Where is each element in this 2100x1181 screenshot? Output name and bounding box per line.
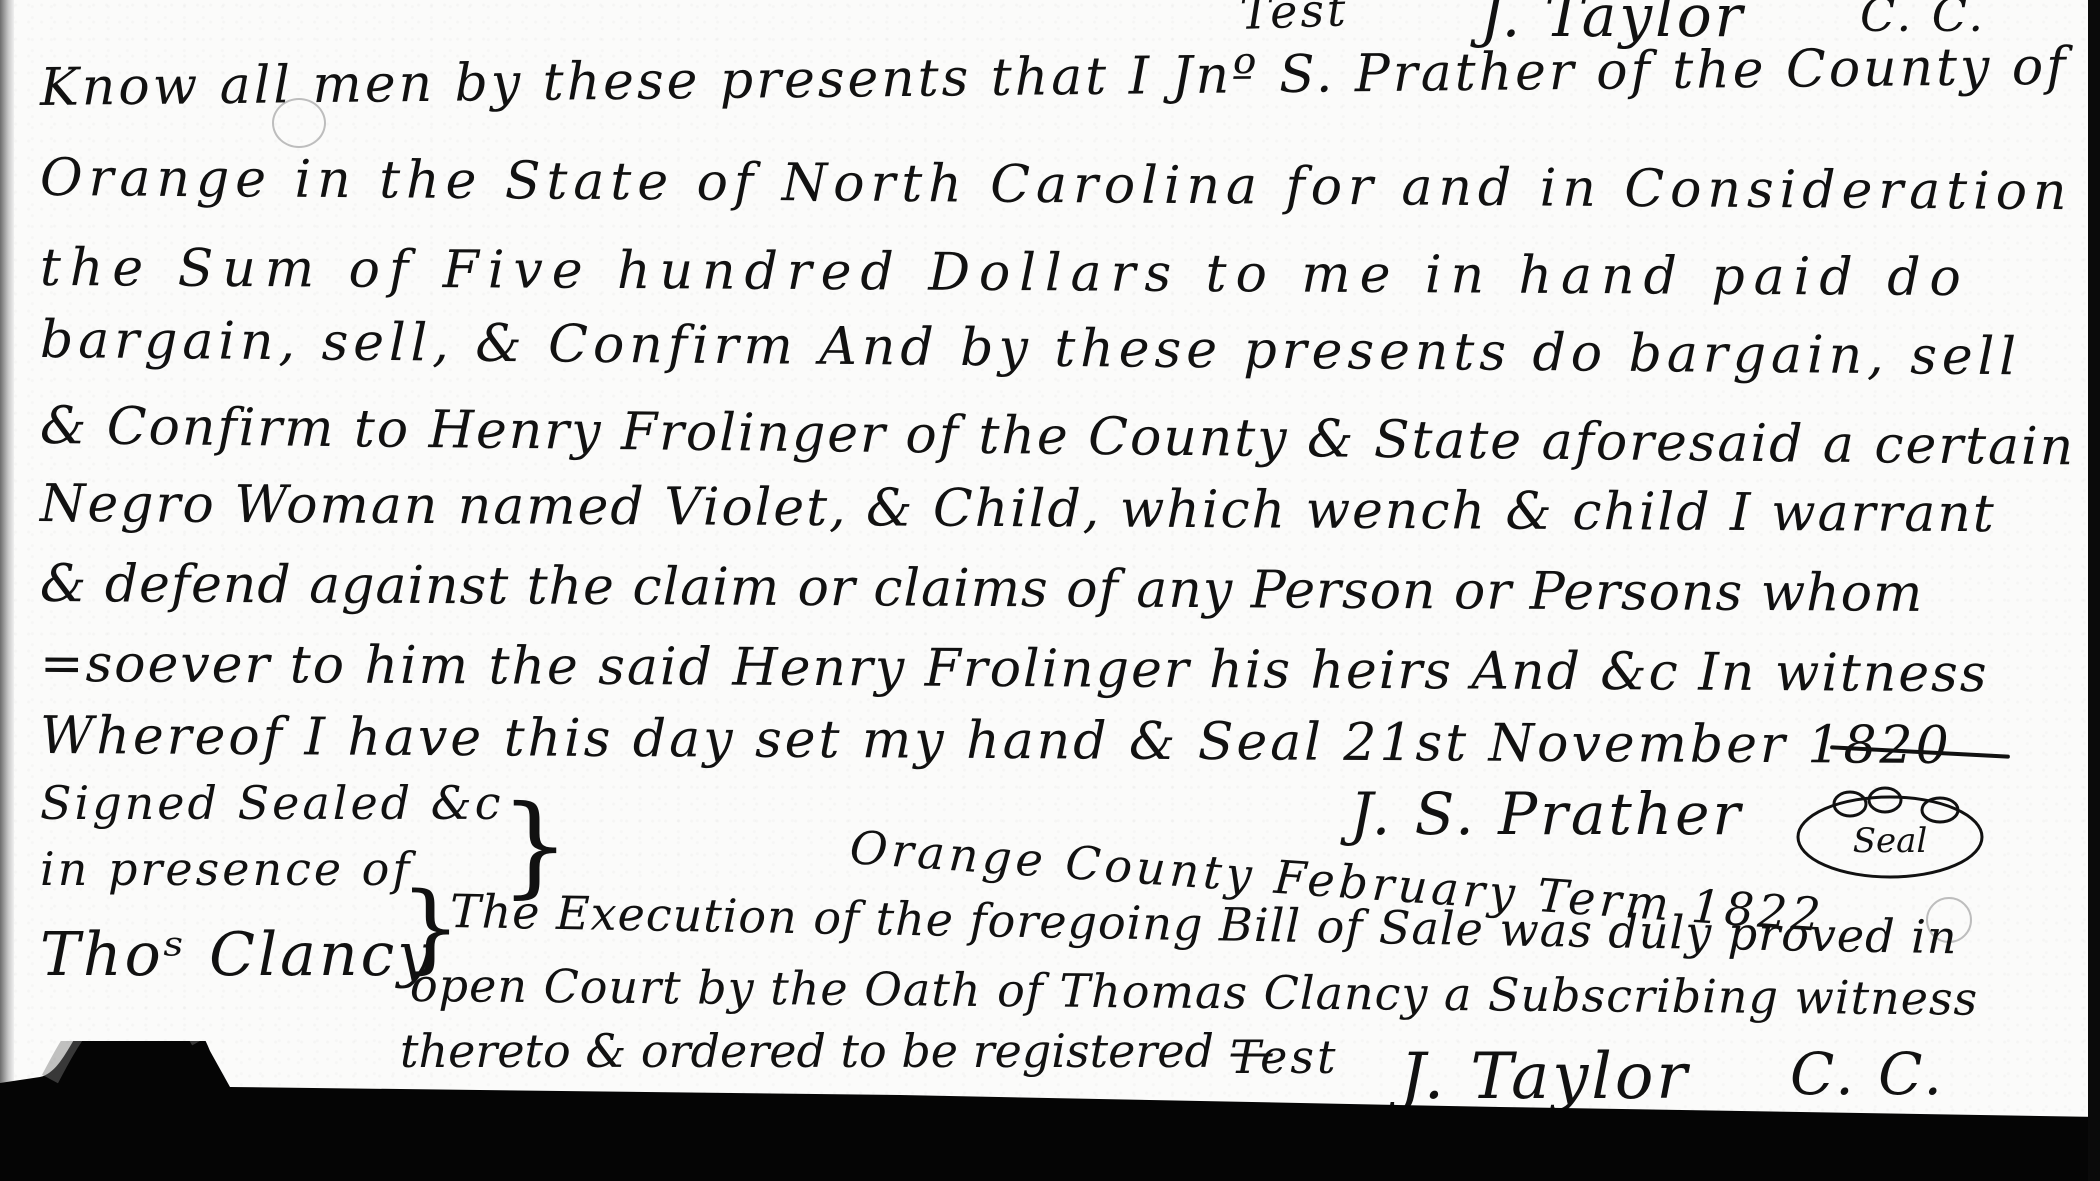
body-line-8: =soever to him the said Henry Frolinger … xyxy=(40,634,1989,704)
body-line-2: Orange in the State of North Carolina fo… xyxy=(40,148,2100,223)
body-line-3: the Sum of Five hundred Dollars to me in… xyxy=(40,238,1970,308)
probate-line-2: open Court by the Oath of Thomas Clancy … xyxy=(410,958,1979,1026)
body-line-6: Negro Woman named Violet, & Child, which… xyxy=(40,474,1996,544)
document-scan: Test J. Taylor C. C. Know all men by the… xyxy=(0,0,2100,1181)
signed-sealed-label: Signed Sealed &c xyxy=(40,776,503,830)
grantor-signature: J. S. Prather xyxy=(1350,780,1743,848)
in-presence-label: in presence of xyxy=(40,842,412,896)
page-right-edge xyxy=(2088,0,2100,1181)
page-bottom-shadow xyxy=(0,1041,2100,1181)
paper-sheet: Test J. Taylor C. C. Know all men by the… xyxy=(0,0,2088,1181)
body-line-4: bargain, sell, & Confirm And by these pr… xyxy=(40,310,2021,387)
binding-edge xyxy=(0,0,14,1181)
seal-flourish-icon: Seal xyxy=(1790,782,1990,882)
header-attest-prefix: Test xyxy=(1239,0,1349,40)
body-line-5: & Confirm to Henry Frolinger of the Coun… xyxy=(40,396,2076,477)
header-attest-fee: C. C. xyxy=(1860,0,1986,42)
body-line-7: & defend against the claim or claims of … xyxy=(40,554,1924,624)
body-line-9: Whereof I have this day set my hand & Se… xyxy=(40,706,1952,776)
bracket-brace: } xyxy=(500,790,570,900)
witness-signature: Thoˢ Clancy xyxy=(40,920,434,990)
seal-label: Seal xyxy=(1853,821,1928,861)
body-line-1: Know all men by these presents that I Jn… xyxy=(40,37,2069,118)
